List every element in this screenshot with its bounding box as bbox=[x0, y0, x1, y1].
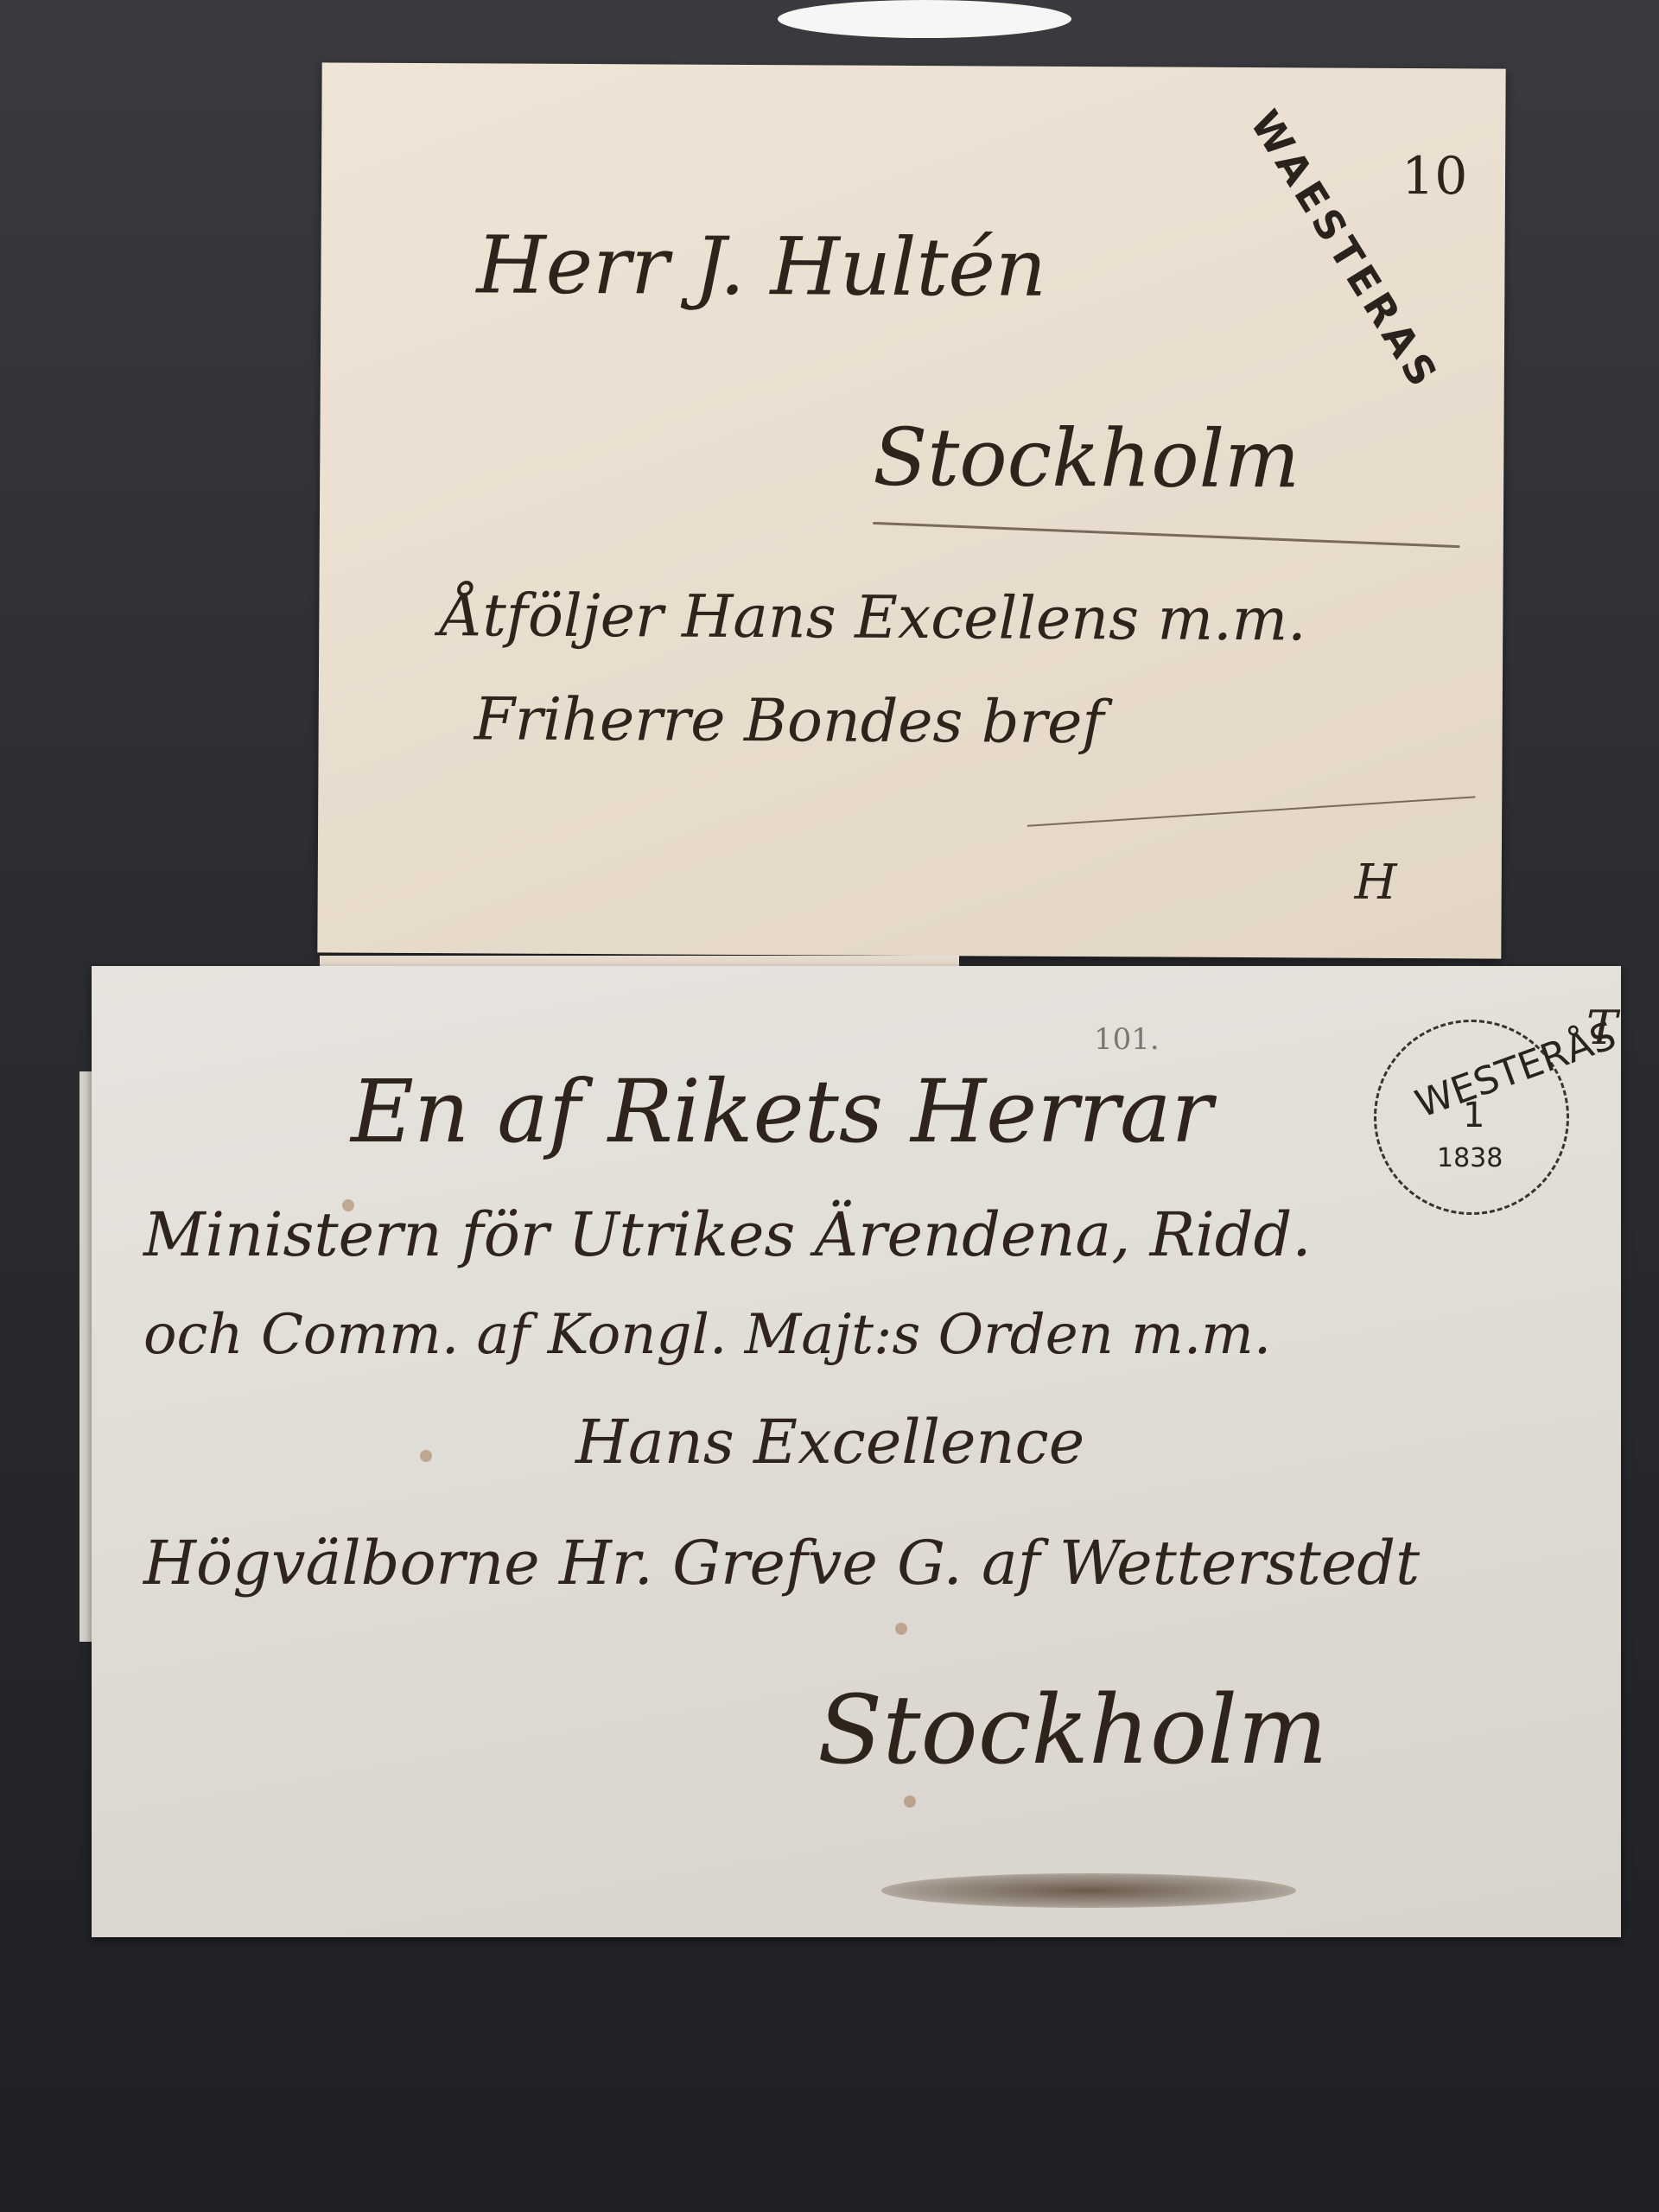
address-line-1: Herr J. Hultén bbox=[476, 219, 1046, 314]
underline bbox=[873, 522, 1460, 548]
white-oval-reflection bbox=[778, 0, 1071, 38]
note-line-1: Åtföljer Hans Excellens m.m. bbox=[440, 582, 1306, 654]
pencil-number: 101. bbox=[1094, 1022, 1160, 1057]
address-line-5: Högvälborne Hr. Grefve G. af Wetterstedt bbox=[143, 1528, 1420, 1599]
address-line-4: Hans Excellence bbox=[575, 1407, 1084, 1478]
underline bbox=[1027, 796, 1476, 827]
address-line-3: och Comm. af Kongl. Majt:s Orden m.m. bbox=[143, 1303, 1271, 1367]
letter-top: WAESTERAS 10 Herr J. Hultén Stockholm Åt… bbox=[317, 62, 1505, 958]
address-line-1: En af Rikets Herrar bbox=[351, 1061, 1212, 1162]
rate-marking: 10 bbox=[1402, 146, 1468, 207]
address-line-2: Stockholm bbox=[873, 411, 1300, 506]
address-line-6: Stockholm bbox=[817, 1675, 1328, 1785]
circular-postmark: WESTERÅS 1 1838 bbox=[1374, 1020, 1569, 1215]
corner-mark: H bbox=[1355, 855, 1397, 911]
address-line-2: Ministern för Utrikes Ärendena, Ridd. bbox=[143, 1199, 1312, 1270]
ink-smudge bbox=[881, 1873, 1296, 1908]
note-line-2: Friherre Bondes bref bbox=[474, 685, 1104, 757]
